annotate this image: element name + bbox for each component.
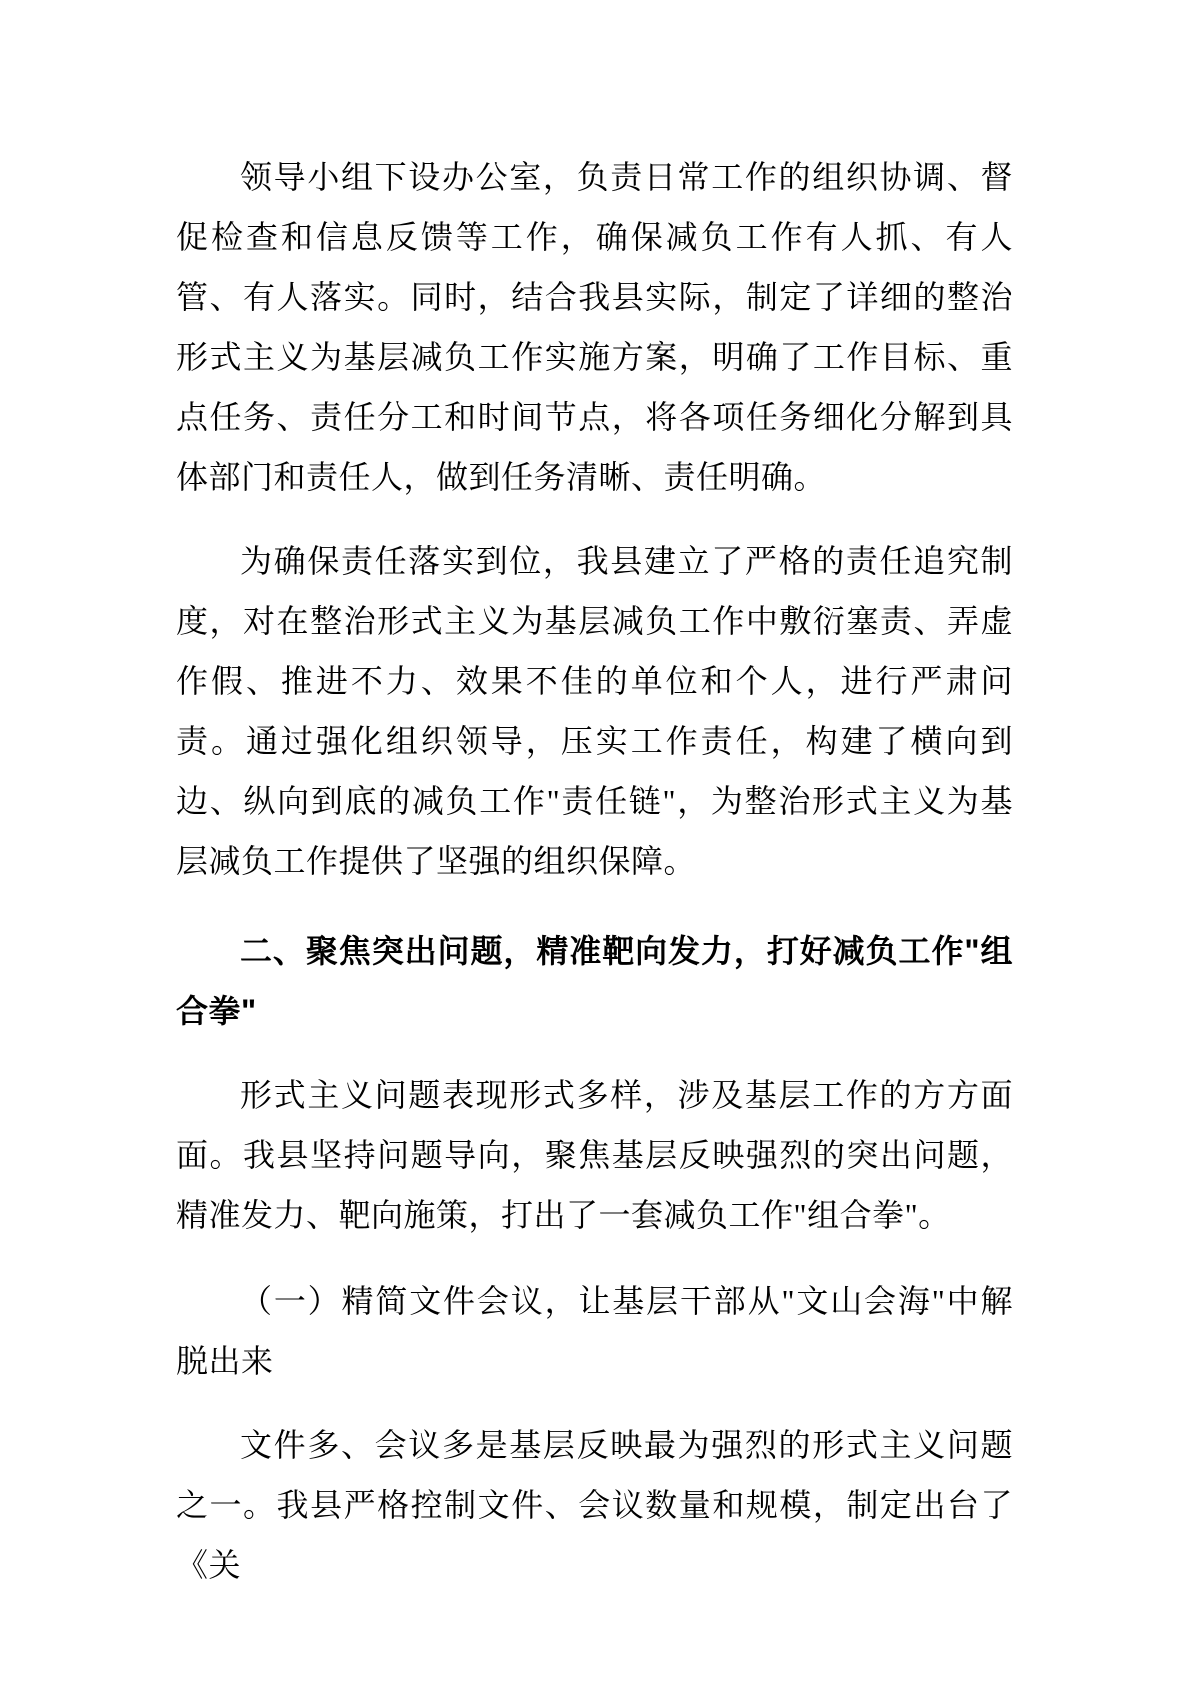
subsection-heading: （一）精简文件会议，让基层干部从"文山会海"中解脱出来 (176, 1271, 1013, 1391)
body-paragraph: 形式主义问题表现形式多样，涉及基层工作的方方面面。我县坚持问题导向，聚焦基层反映… (176, 1065, 1013, 1245)
document-page: 领导小组下设办公室，负责日常工作的组织协调、督促检查和信息反馈等工作，确保减负工… (0, 0, 1190, 1683)
body-paragraph: 为确保责任落实到位，我县建立了严格的责任追究制度，对在整治形式主义为基层减负工作… (176, 531, 1013, 891)
section-heading: 二、聚焦突出问题，精准靶向发力，打好减负工作"组合拳" (176, 921, 1013, 1041)
document-content: 领导小组下设办公室，负责日常工作的组织协调、督促检查和信息反馈等工作，确保减负工… (176, 147, 1013, 1595)
body-paragraph: 文件多、会议多是基层反映最为强烈的形式主义问题之一。我县严格控制文件、会议数量和… (176, 1415, 1013, 1595)
body-paragraph: 领导小组下设办公室，负责日常工作的组织协调、督促检查和信息反馈等工作，确保减负工… (176, 147, 1013, 507)
